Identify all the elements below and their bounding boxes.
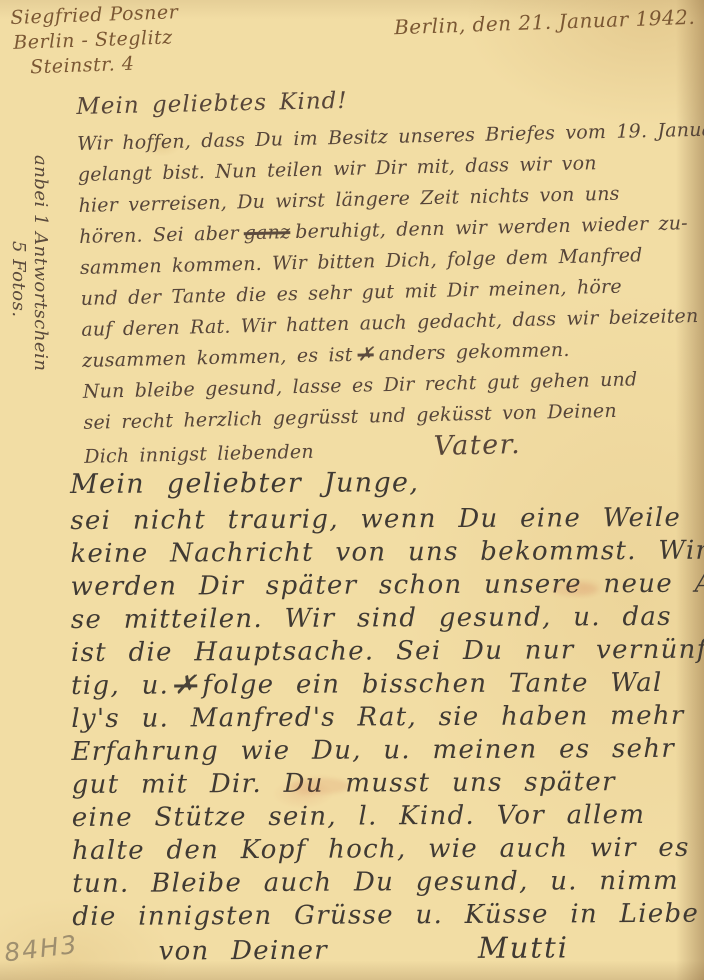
mother-salutation: Mein geliebter Junge,	[70, 465, 704, 505]
father-signature: Vater.	[433, 429, 521, 462]
mother-closing-row: von Deiner Mutti	[158, 931, 704, 969]
line-segment: anders gekommen.	[378, 339, 569, 365]
letter-line: gut mit Dir. Du musst uns später	[72, 766, 704, 802]
letter-line: Erfahrung wie Du, u. meinen es sehr	[71, 733, 704, 769]
letter-line: eine Stütze sein, l. Kind. Vor allem	[72, 799, 704, 835]
line-segment: zusammen kommen, es ist	[82, 344, 353, 372]
letter-line: halte den Kopf hoch, wie auch wir es	[72, 832, 704, 868]
letter-line: tun. Bleibe auch Du gesund, u. nimm	[72, 865, 704, 901]
mother-signature: Mutti	[478, 931, 569, 964]
letter-line: ly's u. Manfred's Rat, sie haben mehr	[71, 700, 704, 736]
margin-note-line1: anbei 1 Antwortschein	[29, 155, 51, 485]
struck-mark: ✗	[169, 670, 202, 700]
letter-line: werden Dir später schon unsere neue Ad	[71, 568, 704, 604]
mother-closing: von Deiner	[158, 935, 328, 969]
letter-line: ist die Hauptsache. Sei Du nur vernünf	[71, 634, 704, 670]
line-segment: tig, u.	[71, 670, 169, 701]
sender-address-block: Siegfried Posner Berlin - Steglitz Stein…	[10, 0, 180, 81]
margin-note: anbei 1 Antwortschein 5 Fotos.	[7, 155, 51, 485]
letter-line: sei nicht traurig, wenn Du eine Weile	[70, 502, 704, 538]
line-segment: hören. Sei aber	[79, 222, 239, 248]
letter-line: keine Nachricht von uns bekommst. Wir	[70, 535, 704, 571]
letter-scan-page: { "colors": { "paper": "#f2dda4", "ink_h…	[0, 0, 704, 980]
struck-word: ganz	[239, 221, 296, 244]
margin-note-line2: 5 Fotos.	[7, 241, 29, 485]
mother-letter: Mein geliebter Junge, sei nicht traurig,…	[70, 465, 704, 969]
dateline: Berlin, den 21. Januar 1942.	[394, 5, 696, 40]
pencil-archive-mark: 84H3	[3, 930, 81, 968]
letter-line-with-strikeout: tig, u.✗folge ein bisschen Tante Wal	[71, 667, 704, 703]
line-segment: folge ein bisschen Tante Wal	[202, 668, 662, 700]
father-letter: Mein geliebtes Kind! Wir hoffen, dass Du…	[76, 77, 704, 472]
struck-mark: ✗	[352, 343, 379, 366]
letter-line: die innigsten Grüsse u. Küsse in Liebe	[72, 898, 704, 934]
letter-line: se mitteilen. Wir sind gesund, u. das	[71, 601, 704, 637]
sender-street: Steinstr. 4	[30, 50, 181, 80]
line-segment: beruhigt, denn wir werden wieder zu-	[295, 212, 688, 243]
